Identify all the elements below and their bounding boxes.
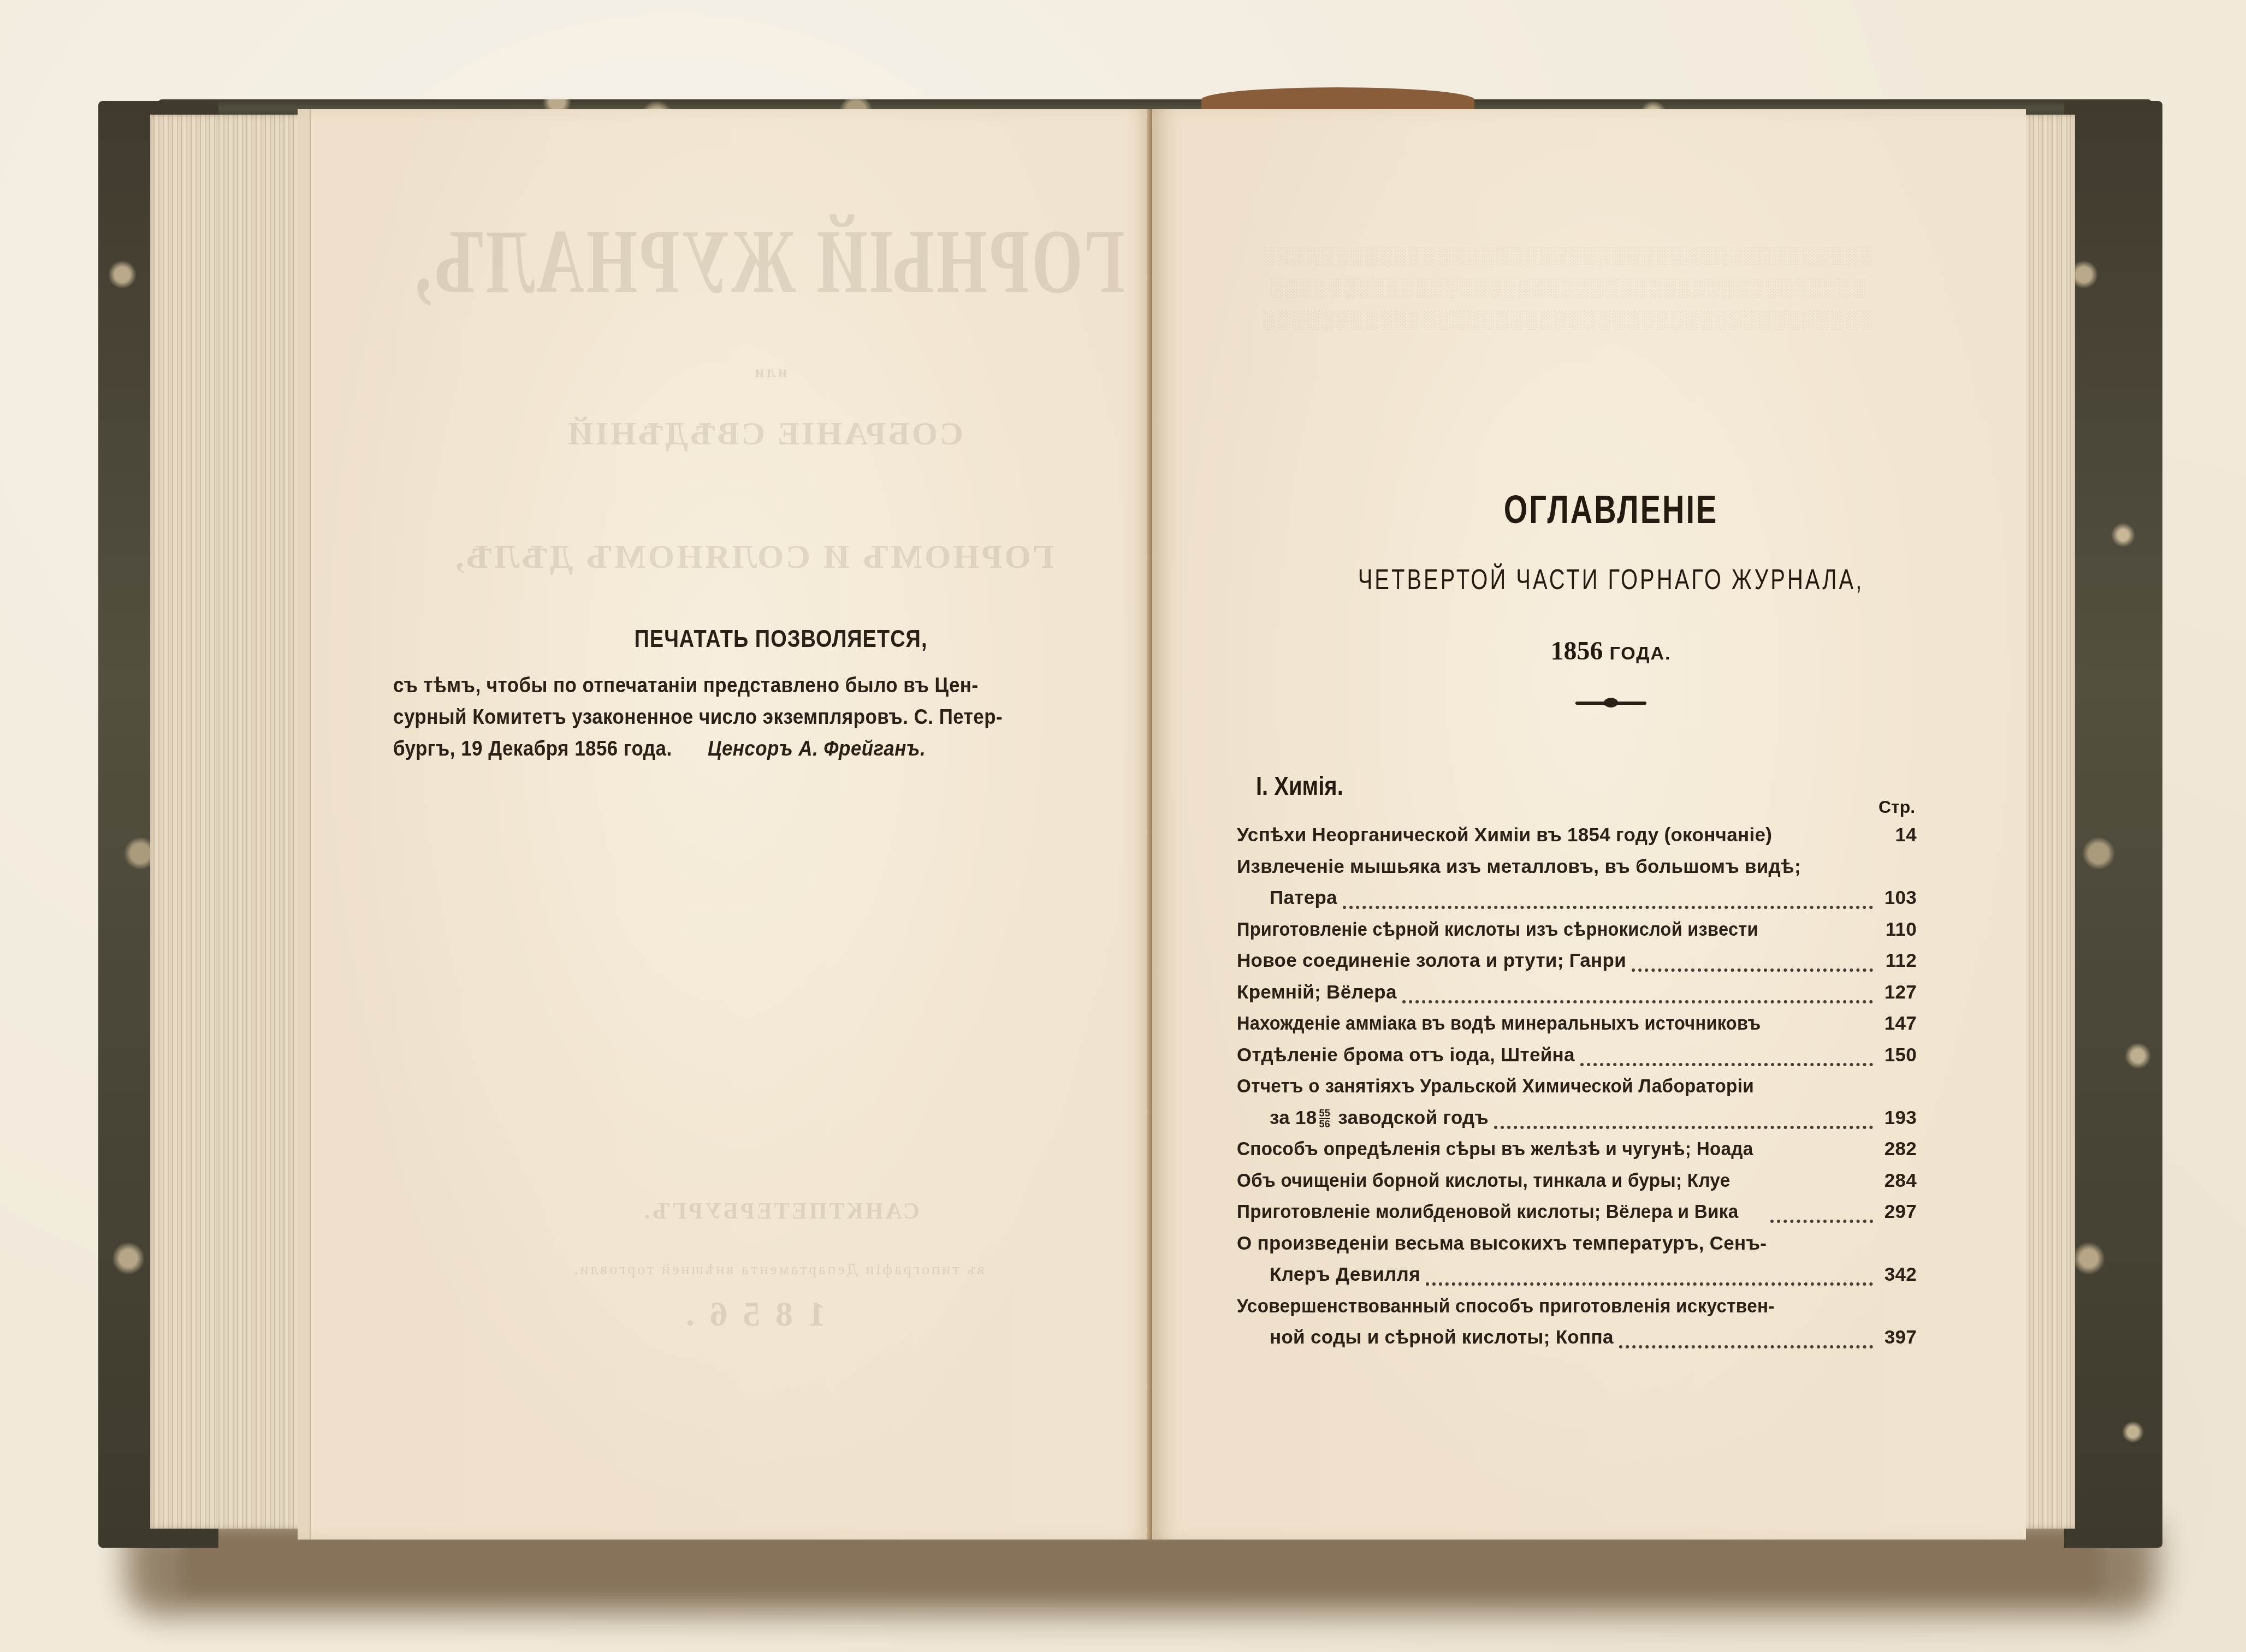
bleed-through-collection: СОБРАНІЕ СВѢДѢНІЙ bbox=[491, 415, 1038, 453]
bleed-through-year: 1856. bbox=[612, 1294, 885, 1334]
fraction-denominator: 56 bbox=[1319, 1119, 1331, 1129]
toc-entry-text: Нахожденіе амміака въ водѣ минеральныхъ … bbox=[1237, 1013, 1761, 1035]
toc-entry-suffix: заводской годъ bbox=[1338, 1107, 1489, 1128]
bleed-through-city: САНКТПЕТЕРБУРГЪ. bbox=[546, 1198, 1016, 1225]
leader-spacer bbox=[1803, 938, 1873, 939]
bleed-through-right-page: ░░░░░░░░░░░░░░░░░░░░░░░░░░░░░░░░░░░░░░░░… bbox=[1240, 240, 1895, 335]
dot-leader bbox=[1632, 968, 1873, 972]
toc-entry-page: 127 bbox=[1878, 982, 1917, 1003]
cover-board-right bbox=[2064, 101, 2162, 1548]
toc-entry-text: Патера bbox=[1270, 887, 1337, 909]
dot-leader bbox=[1580, 1062, 1873, 1066]
ornament-rule-icon bbox=[1575, 702, 1646, 705]
imprimatur-line: съ тѣмъ, чтобы по отпечатаніи представле… bbox=[393, 670, 1101, 702]
toc-entry: Отчетъ о занятіяхъ Уральской Химической … bbox=[1237, 1075, 1917, 1107]
toc-entry: Приготовленіе молибденовой кислоты; Вёле… bbox=[1237, 1201, 1917, 1233]
imprimatur-date: бургъ, 19 Декабря 1856 года. bbox=[393, 738, 672, 760]
page-column-label: Стр. bbox=[1878, 797, 1915, 817]
toc-entry-page: 110 bbox=[1878, 919, 1917, 941]
leader-spacer bbox=[1777, 844, 1873, 845]
toc-year-number: 1856 bbox=[1550, 637, 1603, 665]
toc-entry: за 185556 заводской годъ 193 bbox=[1237, 1107, 1917, 1139]
toc-entry-page: 284 bbox=[1878, 1170, 1917, 1192]
toc-entry-page: 297 bbox=[1878, 1201, 1917, 1223]
toc-year: 1856 ГОДА. bbox=[1447, 636, 1775, 666]
bleed-through-or: или bbox=[688, 363, 852, 382]
leader-spacer bbox=[1806, 876, 1873, 876]
toc-entry-text: за 185556 заводской годъ bbox=[1270, 1107, 1489, 1130]
imprimatur-line: сурный Комитетъ узаконенное число экземп… bbox=[393, 702, 1101, 733]
toc-subtitle: ЧЕТВЕРТОЙ ЧАСТИ ГОРНАГО ЖУРНАЛА, bbox=[1256, 564, 1966, 596]
toc-entry-text: Извлеченіе мышьяка изъ металловъ, въ бол… bbox=[1237, 856, 1801, 878]
leader-spacer bbox=[1806, 1032, 1873, 1033]
toc-entry-page: 397 bbox=[1878, 1327, 1917, 1348]
toc-entry: Отдѣленіе брома отъ іода, Штейна 150 bbox=[1237, 1044, 1917, 1076]
toc-entry: Успѣхи Неорганической Химіи въ 1854 году… bbox=[1237, 824, 1917, 856]
toc-entry-text: Отдѣленіе брома отъ іода, Штейна bbox=[1237, 1044, 1575, 1066]
toc-entry-page: 342 bbox=[1878, 1264, 1917, 1286]
toc-entry: Приготовленіе сѣрной кислоты изъ сѣрноки… bbox=[1237, 919, 1917, 950]
spine-head-tear bbox=[1201, 87, 1474, 112]
toc-entry-text: О произведеніи весьма высокихъ температу… bbox=[1237, 1233, 1767, 1255]
imprimatur-line: бургъ, 19 Декабря 1856 года. Ценсоръ А. … bbox=[393, 733, 1101, 765]
toc-entry-text: Усовершенствованный способъ приготовлені… bbox=[1237, 1296, 1775, 1317]
toc-entry: Кремній; Вёлера 127 bbox=[1237, 982, 1917, 1013]
toc-entry-page: 103 bbox=[1878, 887, 1917, 909]
toc-entry-text: Клеръ Девилля bbox=[1270, 1264, 1420, 1286]
dot-leader bbox=[1619, 1345, 1873, 1348]
leader-spacer bbox=[1787, 1095, 1873, 1096]
toc-entry-page: 147 bbox=[1878, 1013, 1917, 1035]
leader-spacer bbox=[1786, 1158, 1873, 1158]
toc-year-word: ГОДА. bbox=[1609, 643, 1671, 664]
fraction-numerator: 55 bbox=[1319, 1108, 1331, 1119]
toc-entry: О произведеніи весьма высокихъ температу… bbox=[1237, 1233, 1917, 1264]
page-edges-left bbox=[150, 115, 303, 1529]
toc-entry: Нахожденіе амміака въ водѣ минеральныхъ … bbox=[1237, 1013, 1917, 1044]
toc-entry-text: Приготовленіе молибденовой кислоты; Вёле… bbox=[1237, 1201, 1739, 1223]
toc-title: ОГЛАВЛЕНІЕ bbox=[1447, 486, 1775, 532]
dot-leader bbox=[1494, 1125, 1873, 1129]
toc-entry-page: 112 bbox=[1878, 950, 1917, 972]
toc-entry-text: ной соды и сѣрной кислоты; Коппа bbox=[1270, 1327, 1614, 1348]
bleed-through-subject: ГОРНОМЪ И СОЛЯНОМЪ ДѢЛѢ, bbox=[426, 538, 1081, 577]
toc-entry-text: Способъ опредѣленія сѣры въ желѣзѣ и чуг… bbox=[1237, 1138, 1753, 1160]
toc-entry-text: Кремній; Вёлера bbox=[1237, 982, 1397, 1003]
toc-entry: Новое соединеніе золота и ртути; Ганри 1… bbox=[1237, 950, 1917, 982]
year-fraction: 5556 bbox=[1319, 1108, 1331, 1129]
toc-entry: Усовершенствованный способъ приготовлені… bbox=[1237, 1296, 1917, 1327]
toc-entry-text: Новое соединеніе золота и ртути; Ганри bbox=[1237, 950, 1626, 972]
section-heading-chemistry: I. Химія. bbox=[1256, 772, 1343, 801]
imprimatur-block: ПЕЧАТАТЬ ПОЗВОЛЯЕТСЯ, съ тѣмъ, чтобы по … bbox=[393, 628, 1103, 765]
bleed-through-title: ГОРНЫЙ ЖУРНАЛЪ, bbox=[415, 209, 1125, 314]
toc-entry: Патера 103 bbox=[1237, 887, 1917, 919]
toc-entry-text: Успѣхи Неорганической Химіи въ 1854 году… bbox=[1237, 824, 1772, 846]
imprimatur-body: съ тѣмъ, чтобы по отпечатаніи представле… bbox=[393, 670, 1101, 765]
toc-entries: Успѣхи Неорганической Химіи въ 1854 году… bbox=[1237, 824, 1917, 1358]
toc-entry: Клеръ Девилля 342 bbox=[1237, 1264, 1917, 1296]
dot-leader bbox=[1770, 1219, 1873, 1223]
dot-leader bbox=[1402, 1000, 1873, 1003]
leader-spacer bbox=[1808, 1315, 1873, 1316]
bleed-through-printer: въ типографіи Департамента внѣшней торго… bbox=[437, 1261, 1119, 1279]
dot-leader bbox=[1343, 905, 1873, 909]
toc-entry: ной соды и сѣрной кислоты; Коппа 397 bbox=[1237, 1327, 1917, 1358]
toc-entry-page: 14 bbox=[1878, 824, 1917, 846]
leader-spacer bbox=[1772, 1252, 1873, 1253]
toc-entry-text: Объ очищеніи борной кислоты, тинкала и б… bbox=[1237, 1170, 1730, 1192]
imprimatur-heading: ПЕЧАТАТЬ ПОЗВОЛЯЕТСЯ, bbox=[459, 626, 1103, 653]
toc-entry-text: Приготовленіе сѣрной кислоты изъ сѣрноки… bbox=[1237, 919, 1758, 941]
dot-leader bbox=[1426, 1282, 1873, 1286]
toc-entry-page: 282 bbox=[1878, 1138, 1917, 1160]
censor-signature: Ценсоръ А. Фрейганъ. bbox=[708, 738, 926, 760]
toc-entry-text: Отчетъ о занятіяхъ Уральской Химической … bbox=[1237, 1075, 1754, 1097]
leader-spacer bbox=[1762, 1190, 1873, 1190]
page-edges-right bbox=[2020, 115, 2075, 1529]
toc-entry: Извлеченіе мышьяка изъ металловъ, въ бол… bbox=[1237, 856, 1917, 888]
toc-entry-page: 193 bbox=[1878, 1107, 1917, 1129]
toc-entry: Способъ опредѣленія сѣры въ желѣзѣ и чуг… bbox=[1237, 1138, 1917, 1170]
toc-entry-prefix: за 18 bbox=[1270, 1107, 1317, 1128]
toc-entry: Объ очищеніи борной кислоты, тинкала и б… bbox=[1237, 1170, 1917, 1202]
toc-entry-page: 150 bbox=[1878, 1044, 1917, 1066]
